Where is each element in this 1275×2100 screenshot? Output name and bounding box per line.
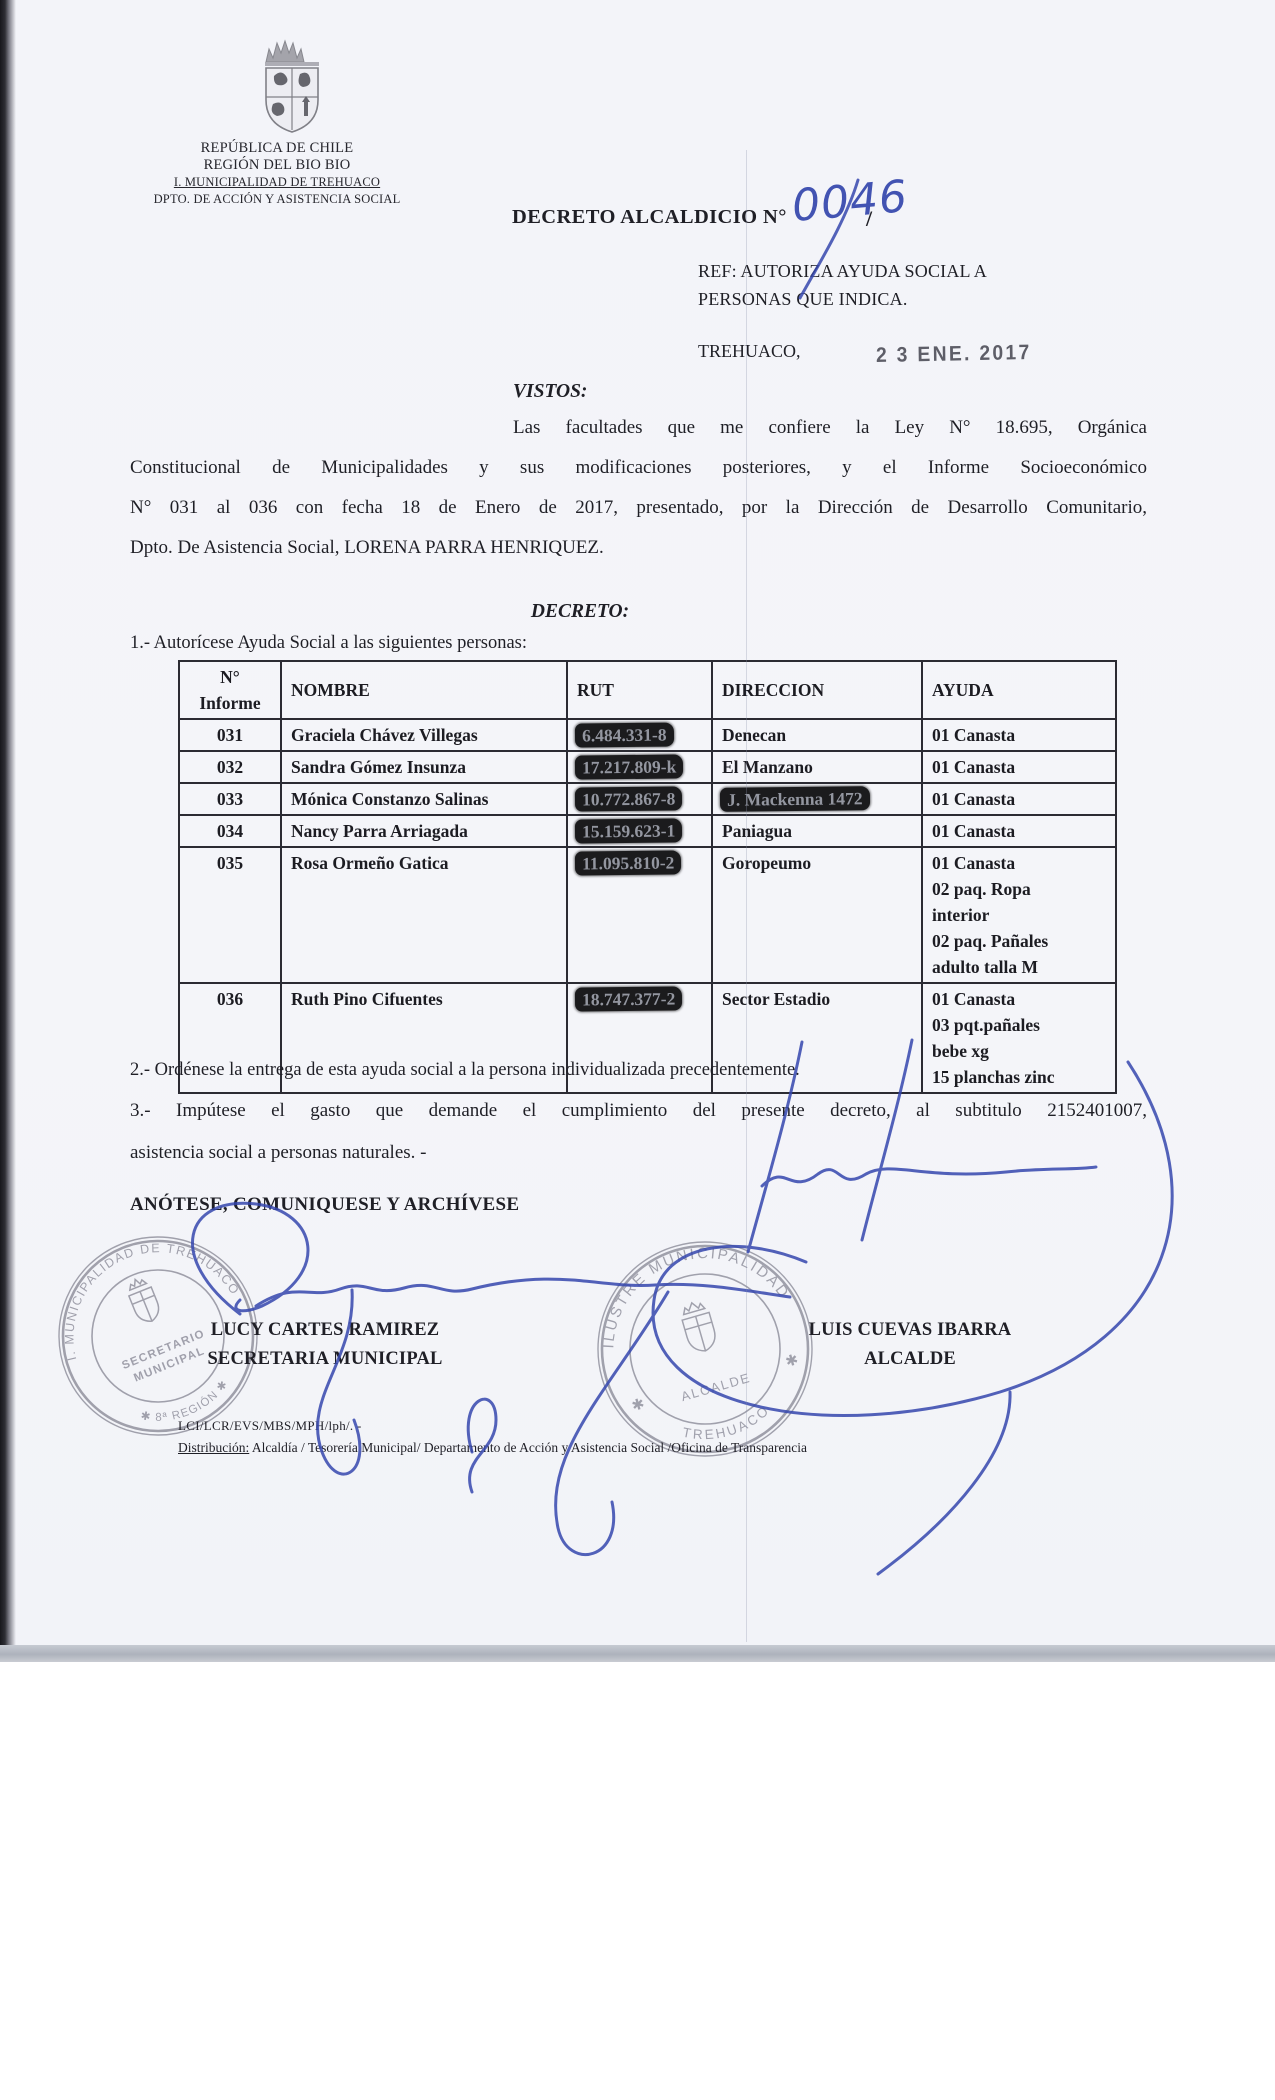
cell-ayuda: 01 Canasta 02 paq. Ropa interior 02 paq.…	[922, 847, 1116, 983]
col-header-direccion: DIRECCION	[712, 661, 922, 719]
cell-rut: 15.159.623-1	[567, 815, 712, 847]
handwritten-decree-number: 0046	[790, 171, 910, 232]
signatory-left-role: SECRETARIA MUNICIPAL	[170, 1345, 480, 1374]
cell-direccion: J. Mackenna 1472	[712, 783, 922, 815]
cell-direccion: Goropeumo	[712, 847, 922, 983]
redaction-bar: 18.747.377-2	[575, 986, 683, 1011]
cell-rut: 17.217.809-k	[567, 751, 712, 783]
cell-rut: 6.484.331-8	[567, 719, 712, 751]
cell-rut: 11.095.810-2	[567, 847, 712, 983]
stamp-right-star-left: ✱	[630, 1395, 647, 1415]
scan-paper-area: REPÚBLICA DE CHILE REGIÓN DEL BIO BIO I.…	[0, 0, 1275, 1648]
cell-informe: 033	[179, 783, 281, 815]
cell-direccion: El Manzano	[712, 751, 922, 783]
aid-table: N° Informe NOMBRE RUT DIRECCION AYUDA 03…	[178, 660, 1117, 1094]
decreto-item-3-line-2: asistencia social a personas naturales. …	[130, 1142, 427, 1164]
signatory-right-name: LUIS CUEVAS IBARRA	[760, 1316, 1060, 1345]
table-row: 035 Rosa Ormeño Gatica 11.095.810-2 Goro…	[179, 847, 1116, 983]
paper-fold-line	[746, 150, 747, 1642]
cell-informe: 032	[179, 751, 281, 783]
cell-informe: 034	[179, 815, 281, 847]
footer-distribution-label: Distribución:	[178, 1440, 249, 1455]
decree-number-slash: /	[866, 206, 872, 232]
scanned-decree-page: REPÚBLICA DE CHILE REGIÓN DEL BIO BIO I.…	[0, 0, 1275, 2100]
signature-right-tail-2	[878, 1392, 1010, 1574]
letterhead-region: REGIÓN DEL BIO BIO	[118, 157, 436, 174]
cell-ayuda: 01 Canasta	[922, 751, 1116, 783]
col-header-nombre: NOMBRE	[281, 661, 567, 719]
ref-block: REF: AUTORIZA AYUDA SOCIAL A PERSONAS QU…	[698, 258, 987, 313]
table-row: 034 Nancy Parra Arriagada 15.159.623-1 P…	[179, 815, 1116, 847]
redaction-bar: 6.484.331-8	[575, 722, 674, 747]
signatory-left: LUCY CARTES RAMIREZ SECRETARIA MUNICIPAL	[170, 1316, 480, 1374]
letterhead: REPÚBLICA DE CHILE REGIÓN DEL BIO BIO I.…	[118, 140, 436, 208]
table-row: 031 Graciela Chávez Villegas 6.484.331-8…	[179, 719, 1116, 751]
redaction-bar: 15.159.623-1	[575, 818, 683, 843]
cell-nombre: Nancy Parra Arriagada	[281, 815, 567, 847]
table-row: 032 Sandra Gómez Insunza 17.217.809-k El…	[179, 751, 1116, 783]
vistos-line-4: Dpto. De Asistencia Social, LORENA PARRA…	[130, 537, 604, 559]
coat-of-arms-icon	[246, 34, 338, 146]
cell-nombre: Graciela Chávez Villegas	[281, 719, 567, 751]
cell-ayuda: 01 Canasta	[922, 719, 1116, 751]
ref-line-1: REF: AUTORIZA AYUDA SOCIAL A	[698, 258, 987, 286]
letterhead-municipality: I. MUNICIPALIDAD DE TREHUACO	[118, 174, 436, 191]
cell-informe: 035	[179, 847, 281, 983]
redaction-bar: 10.772.867-8	[575, 786, 683, 811]
decreto-item-1: 1.- Autorícese Ayuda Social a las siguie…	[130, 633, 527, 654]
cell-informe: 031	[179, 719, 281, 751]
scan-bottom-edge	[0, 1645, 1275, 1662]
vistos-line-3: N° 031 al 036 con fecha 18 de Enero de 2…	[130, 497, 1147, 519]
signatory-right-role: ALCALDE	[760, 1345, 1060, 1374]
footer-initials: LCI/LCR/EVS/MBS/MPH/lph/. -	[178, 1418, 362, 1434]
scan-left-edge-shadow	[0, 0, 16, 1648]
cell-ayuda: 01 Canasta	[922, 783, 1116, 815]
vistos-heading: VISTOS:	[513, 381, 587, 403]
cell-nombre: Rosa Ormeño Gatica	[281, 847, 567, 983]
vistos-line-1: Las facultades que me confiere la Ley N°…	[513, 417, 1147, 439]
letterhead-republic: REPÚBLICA DE CHILE	[118, 140, 436, 157]
col-header-rut: RUT	[567, 661, 712, 719]
cell-ayuda: 01 Canasta	[922, 815, 1116, 847]
decreto-heading: DECRETO:	[130, 601, 1030, 623]
col-header-informe: N° Informe	[179, 661, 281, 719]
letterhead-department: DPTO. DE ACCIÓN Y ASISTENCIA SOCIAL	[118, 191, 436, 208]
cell-direccion: Denecan	[712, 719, 922, 751]
table-row: 033 Mónica Constanzo Salinas 10.772.867-…	[179, 783, 1116, 815]
decreto-item-3-line-1: 3.- Impútese el gasto que demande el cum…	[130, 1100, 1147, 1122]
redaction-bar: J. Mackenna 1472	[720, 786, 870, 812]
place-line: TREHUACO,	[698, 341, 801, 362]
cell-rut: 10.772.867-8	[567, 783, 712, 815]
stamp-right-middle: ALCALDE	[679, 1370, 752, 1404]
redaction-bar: 11.095.810-2	[575, 850, 682, 875]
ref-line-2: PERSONAS QUE INDICA.	[698, 286, 987, 314]
date-stamp: 2 3 ENE. 2017	[876, 341, 1032, 368]
footer-distribution: Distribución: Alcaldía / Tesorería Munic…	[178, 1440, 807, 1456]
cell-ayuda: 01 Canasta 03 pqt.pañales bebe xg 15 pla…	[922, 983, 1116, 1093]
cell-direccion: Paniagua	[712, 815, 922, 847]
signatory-right: LUIS CUEVAS IBARRA ALCALDE	[760, 1316, 1060, 1374]
aid-table-header-row: N° Informe NOMBRE RUT DIRECCION AYUDA	[179, 661, 1116, 719]
vistos-line-2: Constitucional de Municipalidades y sus …	[130, 457, 1147, 479]
cell-nombre: Sandra Gómez Insunza	[281, 751, 567, 783]
redaction-bar: 17.217.809-k	[575, 754, 684, 779]
col-header-ayuda: AYUDA	[922, 661, 1116, 719]
footer-distribution-text: Alcaldía / Tesorería Municipal/ Departam…	[249, 1440, 807, 1455]
cell-nombre: Mónica Constanzo Salinas	[281, 783, 567, 815]
signatory-left-name: LUCY CARTES RAMIREZ	[170, 1316, 480, 1345]
signature-right-squiggle	[762, 1167, 1096, 1186]
decreto-item-2: 2.- Ordénese la entrega de esta ayuda so…	[130, 1060, 800, 1081]
